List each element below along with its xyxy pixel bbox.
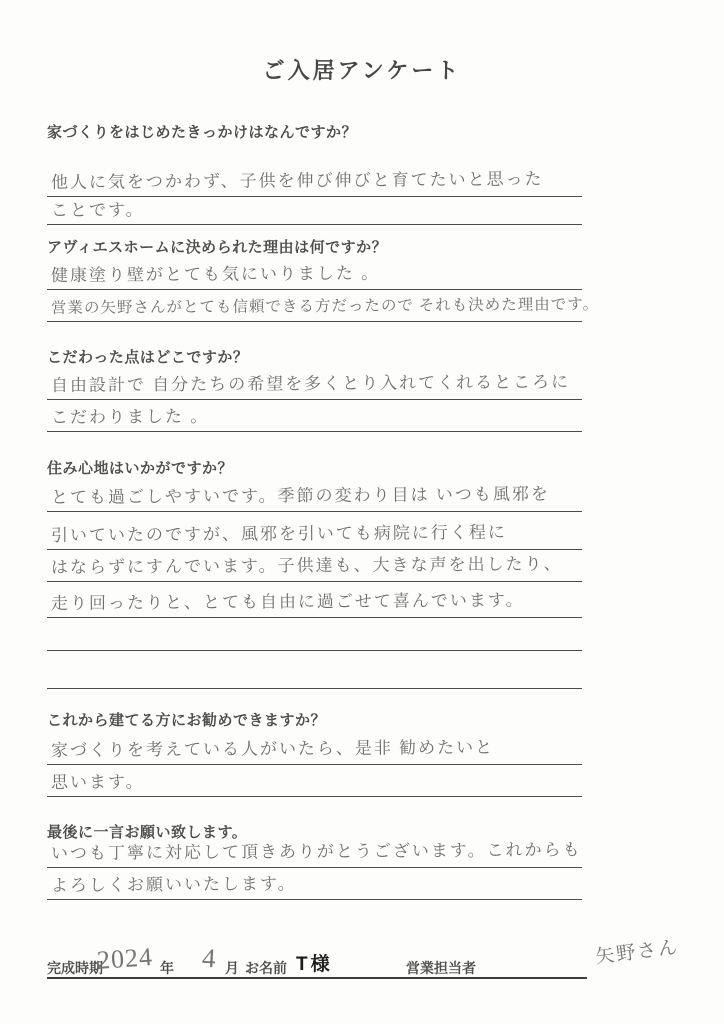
answer-line: 引いていたのですが、風邪を引いても病院に行く程に xyxy=(47,512,582,550)
handwritten-month: 4 xyxy=(201,943,216,975)
year-suffix-label: 年 xyxy=(160,958,174,978)
answer-line: ことです。 xyxy=(47,197,582,225)
handwritten-agent-name: 矢野さん xyxy=(594,932,681,969)
handwritten-answer: 思います。 xyxy=(47,767,145,796)
handwritten-answer: こだわりました 。 xyxy=(47,402,209,431)
question-label-recommend: これから建てる方にお勧めできますか？ xyxy=(47,709,326,730)
page-title: ご入居アンケート xyxy=(0,54,724,85)
footer-rule-line xyxy=(47,977,587,979)
answer-line: こだわりました 。 xyxy=(47,400,582,432)
footer-row: 完成時期 2024 年 4 月 お名前 T様 営業担当者 矢野さん xyxy=(47,925,687,980)
sales-agent-label: 営業担当者 xyxy=(406,958,476,978)
handwritten-answer: 営業の矢野さんがとても信頼できる方だったので それも決めた理由です。 xyxy=(47,292,599,321)
handwritten-answer: 引いていたのですが、風邪を引いても病院に行く程に xyxy=(47,518,507,549)
answer-line: 走り回ったりと、とても自由に過ごせて喜んでいます。 xyxy=(47,582,582,618)
answer-line: 営業の矢野さんがとても信頼できる方だったので それも決めた理由です。 xyxy=(47,290,582,322)
answer-line: 家づくりを考えている人がいたら、是非 勧めたいと xyxy=(47,728,582,765)
answer-line: 自由設計で 自分たちの希望を多くとり入れてくれるところに xyxy=(47,363,582,400)
completion-date-label: 完成時期 xyxy=(47,958,103,978)
answer-line: とても過ごしやすいです。季節の変わり目は いつも風邪を xyxy=(47,475,582,512)
handwritten-year: 2024 xyxy=(96,942,154,976)
question-label-trigger: 家づくりをはじめたきっかけはなんですか？ xyxy=(47,121,357,142)
handwritten-answer: ことです。 xyxy=(47,195,145,224)
customer-name: T様 xyxy=(296,949,333,976)
answer-line: 思います。 xyxy=(47,765,582,797)
handwritten-answer: はならずにすんでいます。子供達も、大きな声を出したり、 xyxy=(47,549,563,581)
answer-line: よろしくお願いいたします。 xyxy=(47,868,582,900)
handwritten-answer: とても過ごしやすいです。季節の変わり目は いつも風邪を xyxy=(47,479,550,511)
answer-line: 健康塗り壁がとても気にいりました 。 xyxy=(47,253,582,290)
handwritten-answer: 健康塗り壁がとても気にいりました 。 xyxy=(47,259,380,289)
handwritten-answer: 他人に気をつかわず、子供を伸び伸びと育てたいと思った xyxy=(47,165,544,196)
handwritten-answer: いつも丁寧に対応して頂きありがとうございます。これからも xyxy=(47,835,582,867)
answer-line: いつも丁寧に対応して頂きありがとうございます。これからも xyxy=(47,840,582,868)
answer-line: はならずにすんでいます。子供達も、大きな声を出したり、 xyxy=(47,550,582,582)
month-suffix-label: 月 xyxy=(225,958,239,978)
blank-answer-line xyxy=(47,618,582,651)
answer-line: 他人に気をつかわず、子供を伸び伸びと育てたいと思った xyxy=(47,160,582,197)
handwritten-answer: 家づくりを考えている人がいたら、是非 勧めたいと xyxy=(47,733,494,764)
questionnaire-page: ご入居アンケート 家づくりをはじめたきっかけはなんですか？ 他人に気をつかわず、… xyxy=(0,0,724,1024)
handwritten-answer: よろしくお願いいたします。 xyxy=(47,869,297,899)
handwritten-answer: 走り回ったりと、とても自由に過ごせて喜んでいます。 xyxy=(47,586,525,617)
name-label: お名前 xyxy=(245,958,287,978)
blank-answer-line xyxy=(47,651,582,689)
handwritten-answer: 自由設計で 自分たちの希望を多くとり入れてくれるところに xyxy=(47,367,570,399)
